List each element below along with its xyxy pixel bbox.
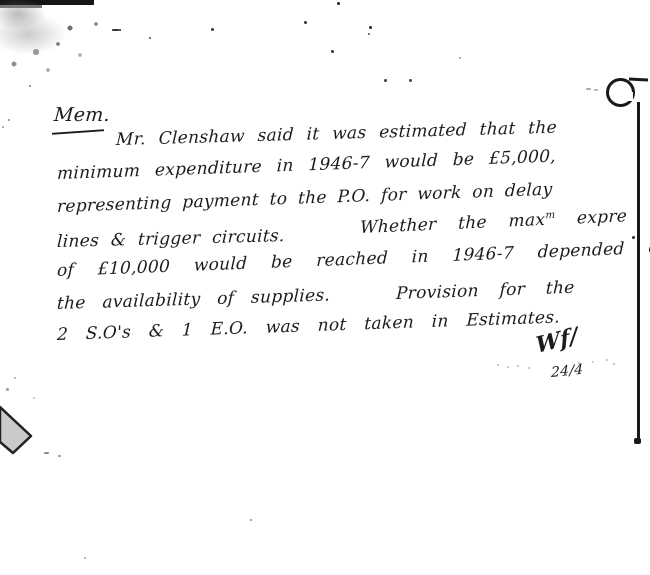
fold-corner-triangle bbox=[0, 404, 42, 460]
noise-speck bbox=[507, 366, 509, 368]
noise-speck bbox=[58, 455, 61, 457]
handwritten-line-4a: lines & trigger circuits. bbox=[57, 226, 286, 252]
page-edge-line bbox=[637, 102, 640, 443]
noise-speck bbox=[632, 236, 635, 239]
noise-speck bbox=[594, 89, 598, 91]
noise-speck bbox=[592, 361, 594, 363]
noise-speck bbox=[384, 79, 387, 82]
signature-date: 24/4 bbox=[551, 362, 583, 382]
noise-speck bbox=[14, 377, 16, 379]
noise-speck bbox=[578, 362, 580, 364]
handwritten-line-1: Mr. Clenshaw said it was estimated that … bbox=[116, 118, 558, 150]
handwritten-line-6a: the availability of supplies. bbox=[57, 285, 331, 314]
punch-hole-curl-gap bbox=[627, 92, 633, 101]
noise-speck bbox=[613, 363, 615, 365]
page-edge-line-end bbox=[634, 438, 641, 444]
noise-speck bbox=[2, 126, 4, 128]
noise-speck bbox=[517, 365, 519, 367]
handwritten-line-3: representing payment to the P.O. for wor… bbox=[57, 180, 553, 217]
noise-speck bbox=[44, 452, 49, 454]
handwritten-line-6b: Provision for the bbox=[396, 278, 575, 304]
noise-speck bbox=[8, 119, 10, 121]
noise-speck bbox=[528, 367, 530, 369]
handwritten-text-segment: Whether the max bbox=[360, 210, 546, 238]
handwritten-line-2: minimum expenditure in 1946-7 would be £… bbox=[57, 147, 557, 184]
noise-speck bbox=[211, 28, 214, 31]
noise-speck bbox=[497, 364, 499, 366]
noise-speck bbox=[459, 57, 461, 59]
noise-speck bbox=[369, 26, 372, 29]
noise-speck bbox=[250, 519, 252, 521]
noise-speck bbox=[337, 2, 340, 5]
corner-smudge bbox=[0, 0, 170, 95]
noise-speck bbox=[606, 359, 608, 361]
noise-speck bbox=[409, 79, 412, 82]
noise-speck bbox=[304, 21, 307, 24]
noise-speck bbox=[368, 33, 370, 35]
punch-hole-curl-tick bbox=[629, 78, 648, 82]
handwritten-line-7: 2 S.O's & 1 E.O. was not taken in Estima… bbox=[57, 307, 561, 345]
noise-speck bbox=[331, 50, 334, 53]
noise-speck bbox=[6, 388, 9, 391]
noise-speck bbox=[84, 557, 86, 559]
noise-speck bbox=[112, 29, 119, 31]
handwritten-text-segment: expre bbox=[555, 206, 627, 229]
memo-heading-underline bbox=[52, 129, 104, 135]
memo-heading: Mem. bbox=[53, 104, 111, 126]
handwritten-line-4b: Whether the maxm expre bbox=[360, 206, 628, 238]
scanned-memo-page: Mem. Mr. Clenshaw said it was estimated … bbox=[0, 0, 650, 575]
noise-speck bbox=[586, 88, 591, 90]
noise-speck bbox=[33, 397, 35, 399]
